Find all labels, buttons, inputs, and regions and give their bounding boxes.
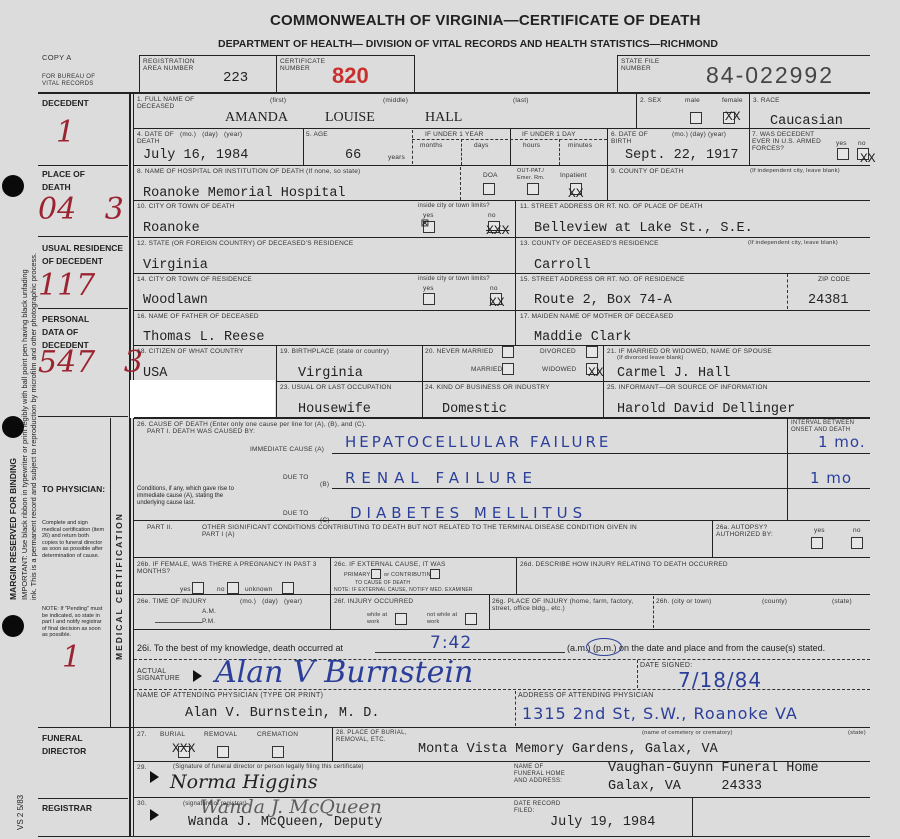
cause-a-interval: 1 mo. [818,433,866,451]
county-of-death-note: (If independent city, leave blank) [750,168,840,175]
injury-occurred-label: 26f. INJURY OCCURRED [334,598,413,605]
not-while-at-work-checkbox[interactable] [465,613,477,625]
injury-city-label: 26h. (city or town) [656,598,711,605]
state-residence-label: 12. STATE (OR FOREIGN COUNTRY) OF DECEAS… [137,240,353,247]
citizen-value: USA [143,366,167,381]
section-usual-residence: USUAL RESIDENCE OF DECEDENT [42,242,132,268]
place-of-injury-label: 26g. PLACE OF INJURY (home, farm, factor… [492,598,652,612]
signature-arrow-icon [193,670,202,682]
race-value: Caucasian [770,114,843,129]
sex-male-checkbox[interactable] [690,112,702,124]
pregnancy-label: 26b. IF FEMALE, WAS THERE A PREGNANCY IN… [137,561,322,575]
citizen-label: 18. CITIZEN OF WHAT COUNTRY [137,348,244,355]
state-file-number: 84-022992 [706,62,834,89]
pregnancy-yes-label: yes [180,586,191,593]
burial-mark: XXX [172,741,195,756]
registrar-name: Wanda J. McQueen, Deputy [188,815,382,830]
copy-label: COPY A [42,54,72,61]
business-label: 24. KIND OF BUSINESS OR INDUSTRY [425,384,550,391]
cemetery-label: (name of cemetery or crematory) [642,730,733,737]
certificate-number: 820 [332,63,369,89]
cremation-label: CREMATION [257,731,298,738]
funeral-director-signature: Norma Higgins [170,771,318,793]
county-of-death-label: 9. COUNTY OF DEATH [611,168,683,175]
interval-label: INTERVAL BETWEEN ONSET AND DEATH [791,420,871,434]
last-name-value: HALL [425,110,462,126]
pm-label: P.M. [202,618,215,625]
zip-label: ZIP CODE [818,276,850,283]
death-time: 7:42 [430,633,472,653]
burial-state-label: (state) [848,730,866,737]
armed-forces-label: 7. WAS DECEDENT EVER IN U.S. ARMED FORCE… [752,131,832,152]
margin-mark-decedent: 1 [56,115,75,150]
certificate-number-label: CERTIFICATE NUMBER [280,58,335,72]
informant-value: Harold David Dellinger [617,402,795,417]
sex-label: 2. SEX [640,97,661,104]
section-to-physician: TO PHYSICIAN: [42,483,112,496]
city-of-death-label: 10. CITY OR TOWN OF DEATH [137,203,235,210]
county-residence-label: 13. COUNTY OF DECEASED'S RESIDENCE [520,240,659,247]
doa-checkbox[interactable] [483,183,495,195]
binding-hole [2,615,24,637]
not-while-at-work-label: not while at work [427,612,462,626]
armed-forces-no-label: no [858,140,866,147]
doa-label: DOA [483,172,498,179]
age-value: 66 [345,148,361,163]
section-place-of-death: PLACE OF DEATH [42,168,102,194]
due-to-b-label: DUE TO [283,474,309,481]
disposition-number: 27. [137,731,147,738]
funeral-signature-arrow-icon [150,771,159,783]
physician-name-value: Alan V. Burnstein, M. D. [185,706,379,721]
cause-of-death-label: 26. CAUSE OF DEATH (Enter only one cause… [137,421,366,428]
outpatient-label: OUT-PAT./ Emer. Rm. [517,168,551,182]
first-name-label: (first) [270,97,286,104]
removal-label: REMOVAL [204,731,237,738]
street-residence-value: Route 2, Box 74-A [534,293,672,308]
primary-label: PRIMARY [344,572,370,579]
zip-value: 24381 [808,293,849,308]
date-filed-label: DATE RECORD FILED: [514,801,574,815]
full-name-label: 1. FULL NAME OF DECEASED [137,96,197,110]
never-married-label: 20. NEVER MARRIED [425,348,493,355]
section-funeral-director: FUNERAL DIRECTOR [42,732,102,758]
hours-label: hours [523,142,540,149]
under-1-year-label: IF UNDER 1 YEAR [425,131,484,138]
residence-limits-no-mark: XX [489,295,505,310]
armed-forces-yes-label: yes [836,140,847,147]
father-label: 16. NAME OF FATHER OF DECEASED [137,313,259,320]
date-of-death-label: 4. DATE OF DEATH [137,131,175,145]
certificate-title: COMMONWEALTH OF VIRGINIA—CERTIFICATE OF … [270,12,701,29]
city-residence-value: Woodlawn [143,293,208,308]
middle-name-label: (middle) [383,97,408,104]
conditions-note: Conditions, if any, which gave rise to i… [137,486,247,507]
residence-limits-label: inside city or town limits? [418,276,490,283]
margin-mark-physician: 1 [62,640,81,675]
state-residence-value: Virginia [143,258,208,273]
cremation-checkbox[interactable] [272,746,284,758]
injury-state-label: (state) [832,598,852,605]
binding-margin-text: MARGIN RESERVED FOR BINDING [8,458,18,600]
registrar-number: 30. [137,800,147,807]
date-filed-value: July 19, 1984 [550,815,655,830]
due-to-c-label: DUE TO [283,510,309,517]
funeral-signature-number: 29. [137,764,147,771]
age-unit: years [388,154,405,161]
pregnancy-no-checkbox[interactable] [227,582,239,594]
city-limits-no-mark: XXX [486,223,509,238]
pregnancy-unknown-checkbox[interactable] [282,582,294,594]
signature-label: ACTUAL SIGNATURE [137,668,187,682]
under-1-day-label: IF UNDER 1 DAY [522,131,576,138]
primary-checkbox[interactable] [371,569,381,579]
while-at-work-checkbox[interactable] [395,613,407,625]
inpatient-label: Inpatient [560,172,587,179]
contributing-label: or CONTRIBUTING [384,572,435,579]
funeral-signature-label: (Signature of funeral director or person… [173,764,364,771]
first-name-value: AMANDA [225,110,288,126]
pregnancy-no-label: no [217,586,225,593]
county-residence-note: (If independent city, leave blank) [748,240,838,247]
sex-female-label: female [722,97,743,104]
date-of-birth-sublabel: (mo.) (day) (year) [672,131,726,138]
widowed-label: WIDOWED [542,366,576,373]
birthplace-label: 19. BIRTHPLACE (state or country) [280,348,389,355]
funeral-home-name: Vaughan-Guynn Funeral Home [608,761,819,776]
autopsy-yes-checkbox[interactable] [811,537,823,549]
date-of-death-value: July 16, 1984 [143,148,248,163]
while-at-work-label: while at work [367,612,397,626]
divorced-label: DIVORCED [540,348,576,355]
autopsy-no-checkbox[interactable] [851,537,863,549]
armed-forces-no-mark: XX [860,151,876,166]
pm-circle [586,638,622,656]
spouse-label: 21. IF MARRIED OR WIDOWED, NAME OF SPOUS… [607,348,772,355]
last-name-label: (last) [513,97,529,104]
spouse-value: Carmel J. Hall [617,366,730,381]
registrar-arrow-icon [150,809,159,821]
margin-mark-personal: 547 3 [38,345,143,380]
city-limits-yes-mark: ⊠ [421,216,429,231]
divorced-checkbox[interactable] [586,346,598,358]
form-code: VS 2 5/83 [16,795,25,830]
time-of-injury-label: 26e. TIME OF INJURY [137,598,207,605]
to-cause-label: TO CAUSE OF DEATH [355,580,410,587]
medical-certification-label: MEDICAL CERTIFICATION [114,512,124,660]
residence-limits-yes-checkbox[interactable] [423,293,435,305]
binding-hole [2,416,24,438]
physician-signature: Alan V Burnstein [215,655,473,690]
date-of-death-sublabel: (mo.) (day) (year) [180,131,242,138]
birthplace-value: Virginia [298,366,363,381]
injury-county-label: (county) [762,598,787,605]
city-limits-no-label: no [488,212,496,219]
pregnancy-unknown-label: unknown [245,586,272,593]
mother-value: Maddie Clark [534,330,631,345]
contributing-checkbox[interactable] [430,569,440,579]
pregnancy-yes-checkbox[interactable] [192,582,204,594]
widowed-mark: XX [588,365,604,380]
spouse-sublabel: (If divorced leave blank) [617,355,684,362]
sex-female-mark: XX [725,109,741,124]
external-cause-label: 26c. IF EXTERNAL CAUSE, IT WAS [334,561,446,568]
pending-note: NOTE: If "Pending" must be indicated, so… [42,606,106,639]
burial-place-value: Monta Vista Memory Gardens, Galax, VA [418,742,718,757]
b-label: (B) [320,481,329,488]
date-of-birth-value: Sept. 22, 1917 [625,148,738,163]
burial-label: BURIAL [160,731,185,738]
copy-sublabel: FOR BUREAU OF VITAL RECORDS [42,74,102,88]
burial-place-label: 28. PLACE OF BURIAL, REMOVAL, ETC. [336,730,416,744]
external-note: NOTE: IF EXTERNAL CAUSE, NOTIFY MED. EXA… [334,587,473,594]
informant-label: 25. INFORMANT—OR SOURCE OF INFORMATION [607,384,768,391]
margin-mark-residence: 117 [38,268,95,303]
binding-hole [2,175,24,197]
state-file-label: STATE FILE NUMBER [621,58,671,72]
funeral-home-label: NAME OF FUNERAL HOME AND ADDRESS: [514,764,574,785]
business-value: Domestic [442,402,507,417]
mother-label: 17. MAIDEN NAME OF MOTHER OF DECEASED [520,313,673,320]
cause-b-interval: 1 mo [810,469,852,487]
sex-male-label: male [685,97,700,104]
age-label: 5. AGE [306,131,328,138]
registration-number: 223 [223,70,248,86]
city-limits-label: inside city or town limits? [418,203,490,210]
father-value: Thomas L. Reese [143,330,265,345]
redacted-area [130,380,275,418]
physician-address-label: ADDRESS OF ATTENDING PHYSICIAN [518,692,654,699]
describe-injury-label: 26d. DESCRIBE HOW INJURY RELATING TO DEA… [520,561,728,568]
removal-checkbox[interactable] [217,746,229,758]
minutes-label: minutes [568,142,592,149]
city-residence-label: 14. CITY OR TOWN OF RESIDENCE [137,276,252,283]
days-label: days [474,142,489,149]
certification-statement: 26i. To the best of my knowledge, death … [137,643,343,653]
section-registrar: REGISTRAR [42,802,92,815]
certificate-subtitle: DEPARTMENT OF HEALTH— DIVISION OF VITAL … [218,38,718,50]
never-married-checkbox[interactable] [502,346,514,358]
occupation-value: Housewife [298,402,371,417]
autopsy-yes-label: yes [814,527,825,534]
part1-label: PART I. DEATH WAS CAUSED BY: [147,428,255,435]
time-of-injury-sublabel: (mo.) (day) (year) [240,598,302,605]
important-note-2: ink. This is a permanent record and subj… [29,253,38,600]
physician-instructions: Complete and sign medical certification … [42,520,106,559]
part2-text: OTHER SIGNIFICANT CONDITIONS CONTRIBUTIN… [202,524,652,538]
city-of-death-value: Roanoke [143,221,200,236]
immediate-cause-label: IMMEDIATE CAUSE (A) [250,446,324,453]
middle-name-value: LOUISE [325,110,375,126]
months-label: months [420,142,443,149]
section-decedent: DECEDENT [42,97,89,110]
am-label: A.M. [202,608,216,615]
important-note-1: IMPORTANT: Use black ribbon in typewrite… [20,269,29,600]
married-checkbox[interactable] [502,363,514,375]
county-residence-value: Carroll [534,258,591,273]
hospital-label: 8. NAME OF HOSPITAL OR INSTITUTION OF DE… [137,168,360,175]
physician-name-label: NAME OF ATTENDING PHYSICIAN (Type or Pri… [137,692,323,699]
married-label: MARRIED [471,366,502,373]
registration-label: REGISTRATION AREA NUMBER [143,58,213,72]
armed-forces-yes-checkbox[interactable] [837,148,849,160]
part2-label: PART II. [147,524,172,531]
physician-address-value: 1315 2nd St, S.W., Roanoke VA [522,704,798,723]
street-of-death-label: 11. STREET ADDRESS OR RT. NO. OF PLACE O… [520,203,703,210]
street-residence-label: 15. STREET ADDRESS OR RT. NO. OF RESIDEN… [520,276,685,283]
funeral-home-address: Galax, VA 24333 [608,779,762,794]
residence-limits-yes-label: yes [423,285,434,292]
race-label: 3. RACE [753,97,780,104]
inpatient-mark: XX [568,186,584,201]
hospital-value: Roanoke Memorial Hospital [143,186,346,201]
residence-limits-no-label: no [490,285,498,292]
date-of-birth-label: 6. DATE OF BIRTH [611,131,651,145]
occupation-label: 23. USUAL OR LAST OCCUPATION [280,384,392,391]
autopsy-label: 26a. AUTOPSY? AUTHORIZED BY: [716,524,776,538]
autopsy-no-label: no [853,527,861,534]
street-of-death-value: Belleview at Lake St., S.E. [534,221,753,236]
cause-b-value: RENAL FAILURE [345,469,538,487]
margin-mark-place: 04 3 [38,192,124,227]
outpatient-checkbox[interactable] [527,183,539,195]
cause-a-value: HEPATOCELLULAR FAILURE [345,433,611,451]
death-certificate: COMMONWEALTH OF VIRGINIA—CERTIFICATE OF … [0,0,900,839]
